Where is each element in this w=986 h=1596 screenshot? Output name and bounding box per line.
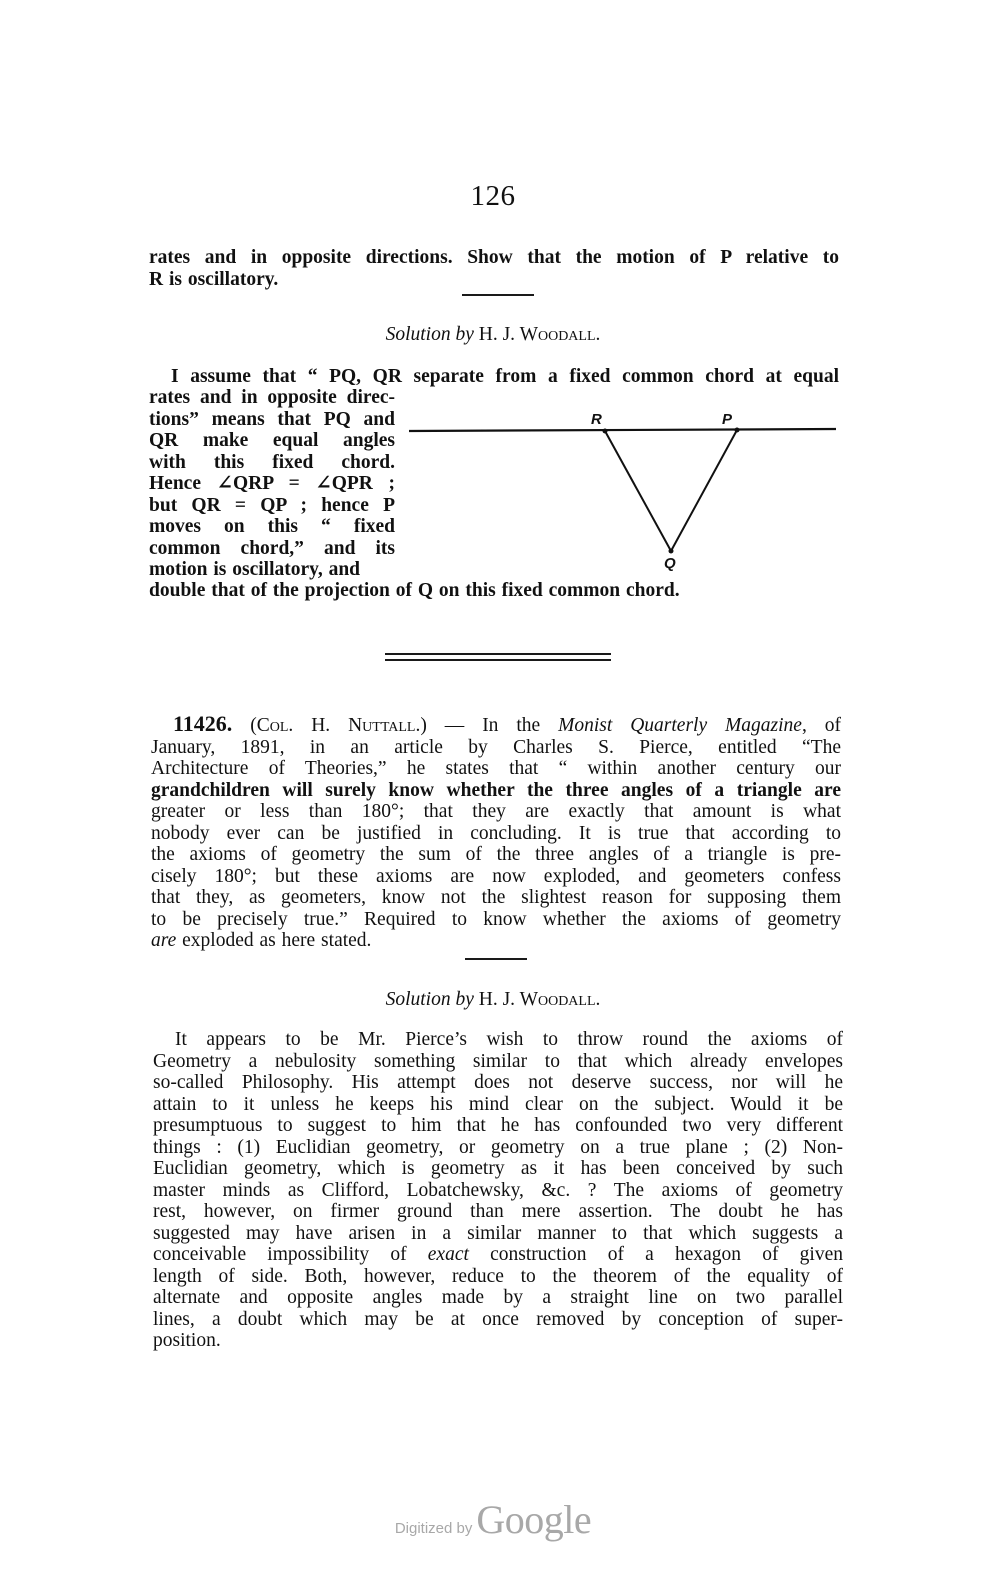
text-line: attain to it unless he keeps his mind cl… [153,1094,843,1116]
question-number: 11426. [173,711,232,736]
text-line: nobody ever can be justified in concludi… [151,823,841,845]
point-label-p: P [722,411,732,428]
solution-author: H. J. Woodall. [479,989,601,1010]
text-line: length of side. Both, however, reduce to… [153,1266,843,1288]
chord-triangle-diagram [0,0,986,620]
text-line: the axioms of geometry the sum of the th… [151,844,841,866]
solution-body: It appears to be Mr. Pierce’s wish to th… [153,1029,843,1352]
point-label-r: R [591,411,602,428]
text-line: are exploded as here stated. [151,930,841,952]
text-fragment: — In the [427,715,558,736]
text-line: Architecture of Theories,” he states tha… [151,758,841,780]
emphasis-are: are [151,930,176,951]
point-label-q: Q [664,555,676,572]
section-divider-double-top [385,653,611,655]
text-line: Geometry a nebulosity something similar … [153,1051,843,1073]
question-proposer: (Col. H. Nuttall.) [250,715,427,736]
google-logo-text: Google [476,1497,591,1542]
text-line: Euclidian geometry, which is geometry as… [153,1158,843,1180]
text-fragment: , of [802,715,841,736]
text-line: that they, as geometers, know not the sl… [151,887,841,909]
digitization-watermark: Digitized by Google [0,1496,986,1543]
solution-heading: Solution by H. J. Woodall. [0,988,986,1012]
text-fragment: exploded as here stated. [176,930,371,951]
text-line: grandchildren will surely know whether t… [151,780,841,802]
text-line: things : (1) Euclidian geometry, or geom… [153,1137,843,1159]
text-line: to be precisely true.” Required to know … [151,909,841,931]
text-line: conceivable impossibility of exact const… [153,1244,843,1266]
question-first-line: 11426. (Col. H. Nuttall.) — In the Monis… [151,713,841,737]
text-line: position. [153,1330,843,1352]
text-line: cisely 180°; but these axioms are now ex… [151,866,841,888]
text-line: rest, however, on firmer ground than mer… [153,1201,843,1223]
text-line: master minds as Clifford, Lobatchewsky, … [153,1180,843,1202]
solution-heading-label: Solution by [386,989,474,1010]
publication-title: Monist Quarterly Magazine [558,715,802,736]
text-line: It appears to be Mr. Pierce’s wish to th… [153,1029,843,1051]
text-line: alternate and opposite angles made by a … [153,1287,843,1309]
text-fragment: conceivable impossibility of [153,1244,428,1265]
question-11426: 11426. (Col. H. Nuttall.) — In the Monis… [151,713,841,952]
text-line: January, 1891, in an article by Charles … [151,737,841,759]
text-fragment: construction of a hexagon of given [469,1244,843,1265]
text-line: greater or less than 180°; that they are… [151,801,841,823]
digitized-by-label: Digitized by [395,1520,473,1537]
emphasis-exact: exact [428,1244,469,1265]
text-line: presumptuous to suggest to him that he h… [153,1115,843,1137]
text-line: lines, a doubt which may be at once remo… [153,1309,843,1331]
text-line: so-called Philosophy. His attempt does n… [153,1072,843,1094]
section-divider-short [465,958,527,960]
section-divider-double-bottom [385,659,611,661]
text-line: suggested may have arisen in a similar m… [153,1223,843,1245]
